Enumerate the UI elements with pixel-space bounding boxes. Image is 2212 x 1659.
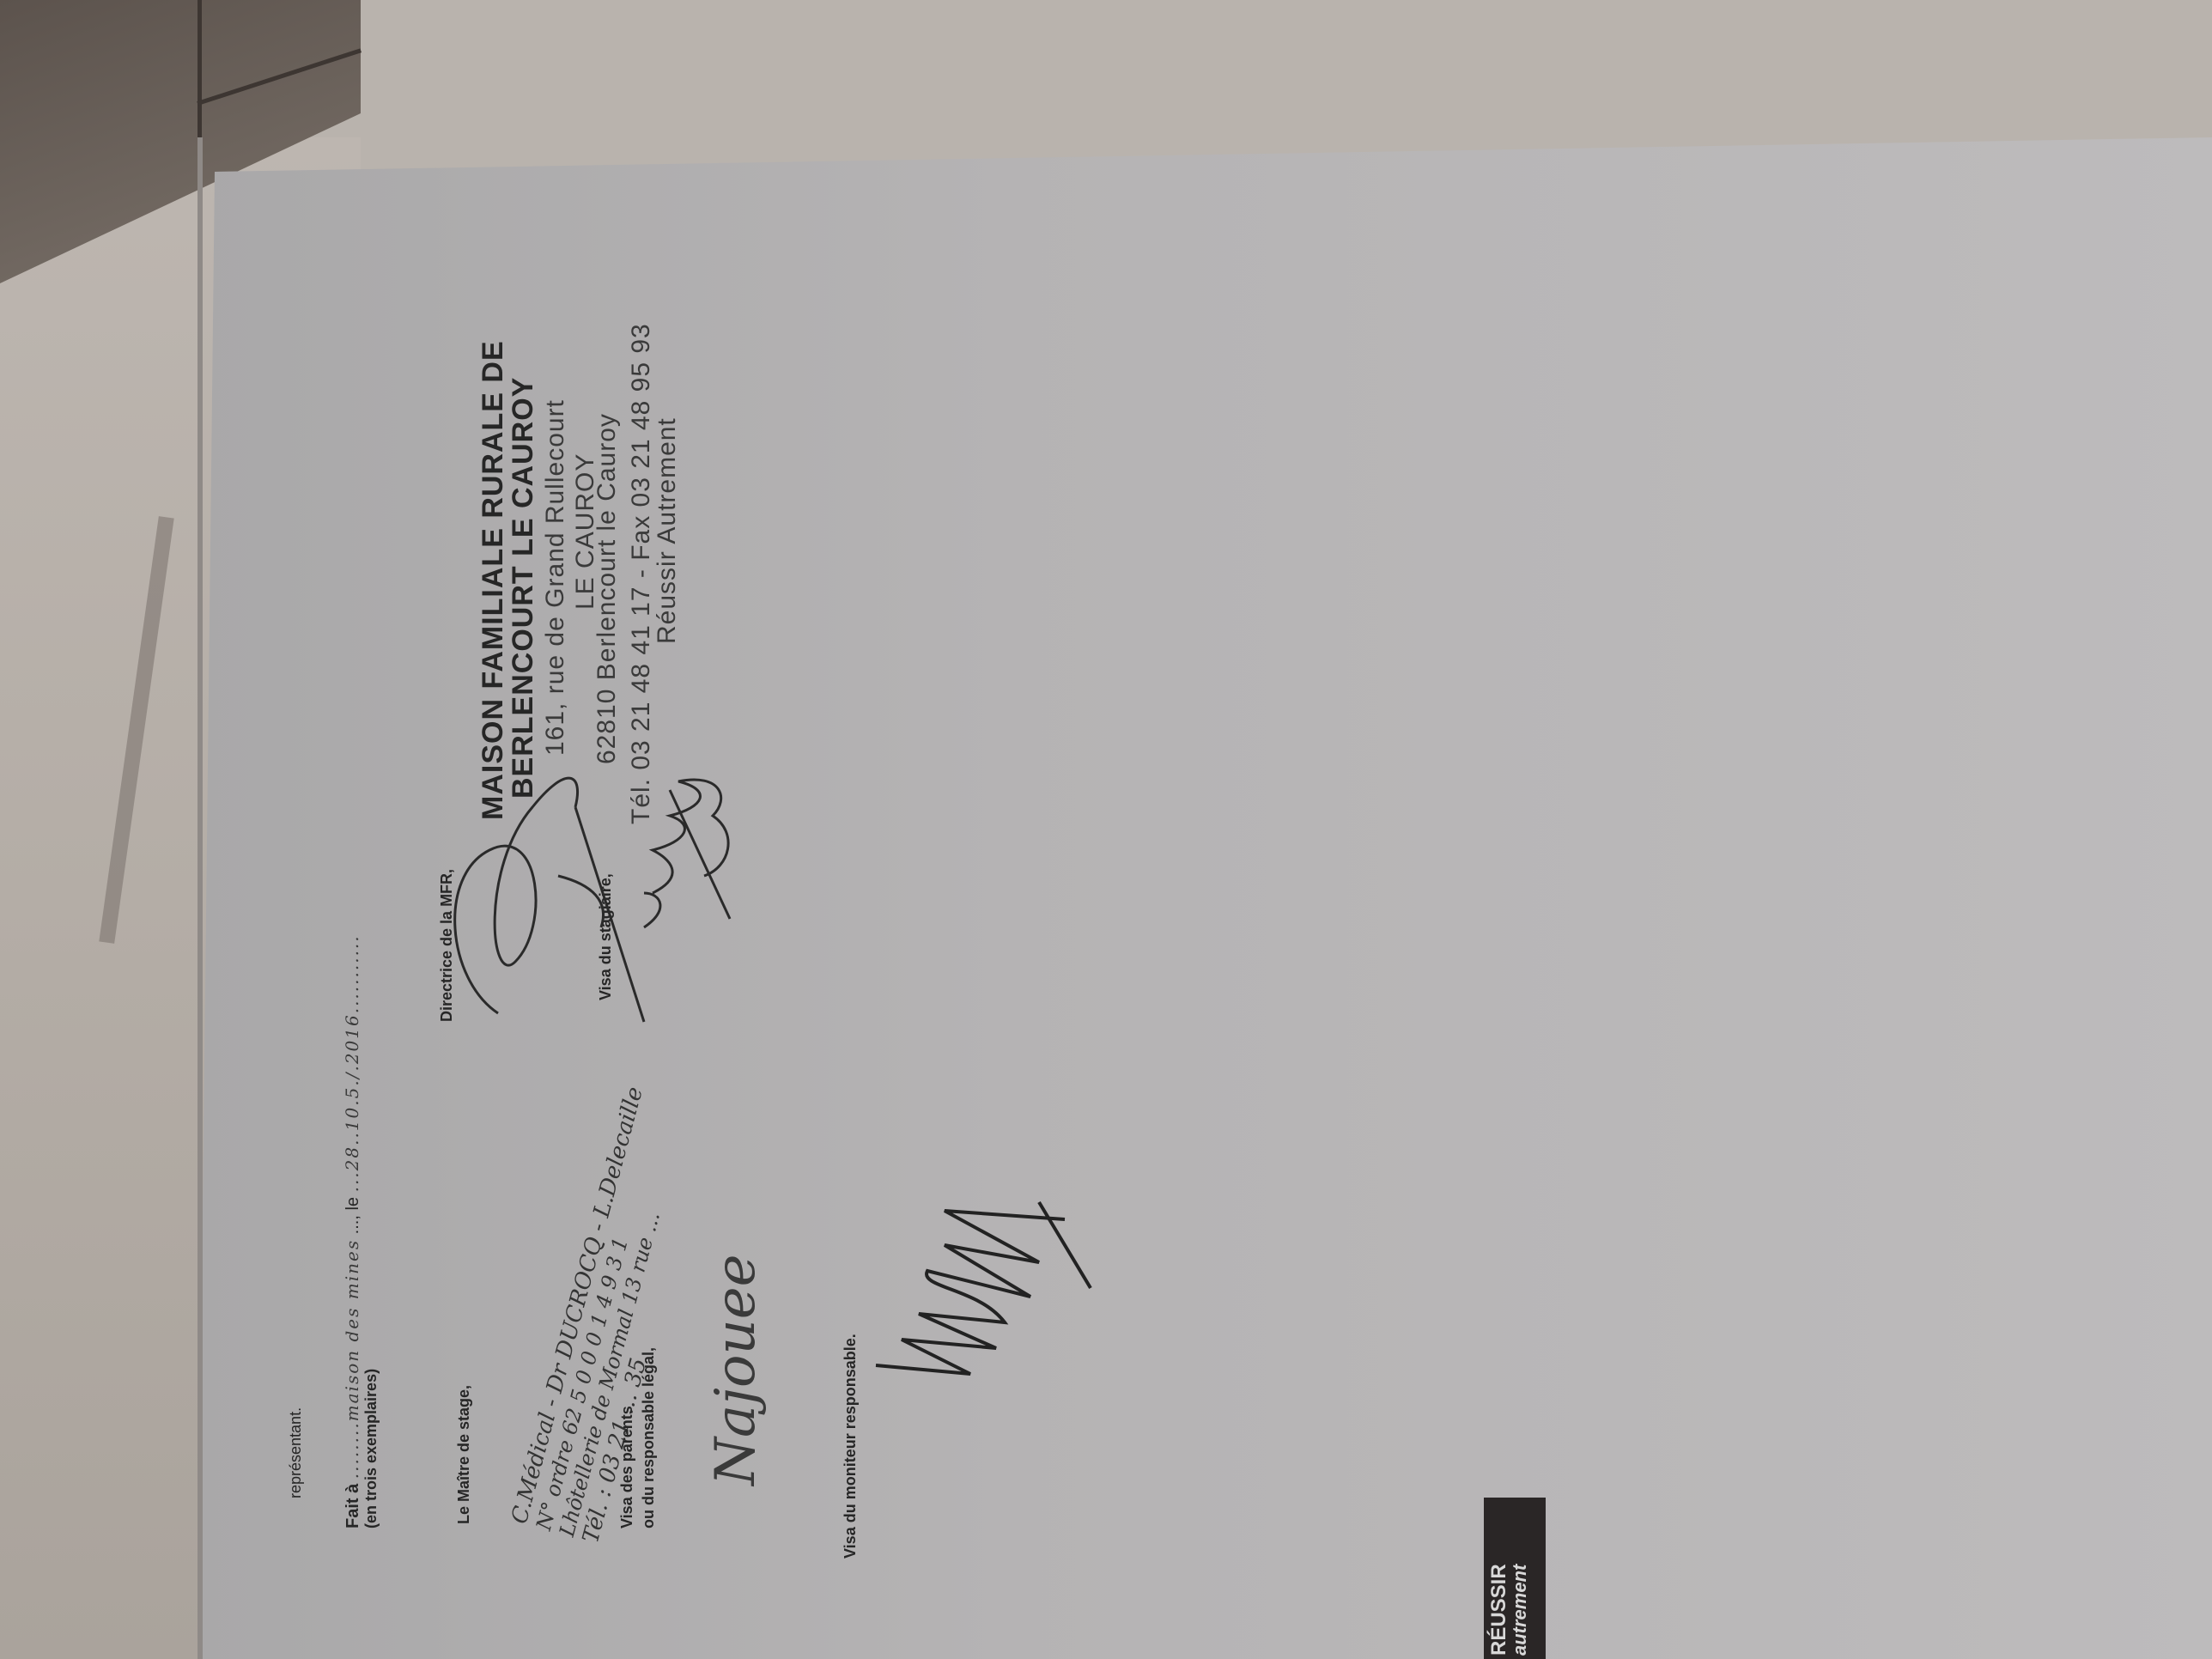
logo-line-2: autrement: [1510, 1564, 1530, 1656]
logo-line-1: RÉUSSIR: [1487, 1564, 1510, 1656]
directrice-signature: [429, 756, 653, 1030]
visa-parents-label-2: ou du responsable légal,: [640, 1347, 658, 1528]
fait-a-value: ........maison des mines: [342, 1239, 362, 1479]
stagiaire-signature: [635, 764, 747, 936]
document-edge: [197, 137, 203, 1659]
le-label: ..., le: [343, 1197, 362, 1234]
copies-note: (en trois exemplaires): [362, 1369, 380, 1528]
logo-text: RÉUSSIR autrement: [1489, 1564, 1530, 1656]
visa-moniteur-label: Visa du moniteur responsable.: [842, 1334, 860, 1559]
parent-signature: Najouee: [704, 1255, 768, 1486]
mfr-stamp-line-3: 161, rue de Grand Rullecourt: [541, 399, 570, 756]
mfr-stamp-line-5: 62810 Berlencourt le Cauroy: [592, 413, 622, 764]
mfr-stamp-line-1: MAISON FAMILIALE RURALE DE: [477, 340, 510, 820]
mfr-stamp-line-2: BERLENCOURT LE CAUROY: [507, 377, 540, 799]
mfr-stamp-line-7: Réussir Autrement: [653, 417, 682, 644]
representant-text: représentant.: [287, 1407, 305, 1498]
date-value: ...28..10.5./.2016...........: [342, 934, 362, 1192]
visa-parents-label: Visa des parents: [618, 1406, 636, 1528]
fait-a-line: Fait à ........maison des mines ..., le …: [342, 934, 363, 1528]
fait-a-label: Fait à: [343, 1484, 362, 1528]
moniteur-signature: [867, 1168, 1125, 1391]
maitre-de-stage-label: Le Maître de stage,: [455, 1385, 473, 1524]
mfr-stamp-line-6: Tél. 03 21 48 41 17 - Fax 03 21 48 95 93: [627, 323, 656, 824]
